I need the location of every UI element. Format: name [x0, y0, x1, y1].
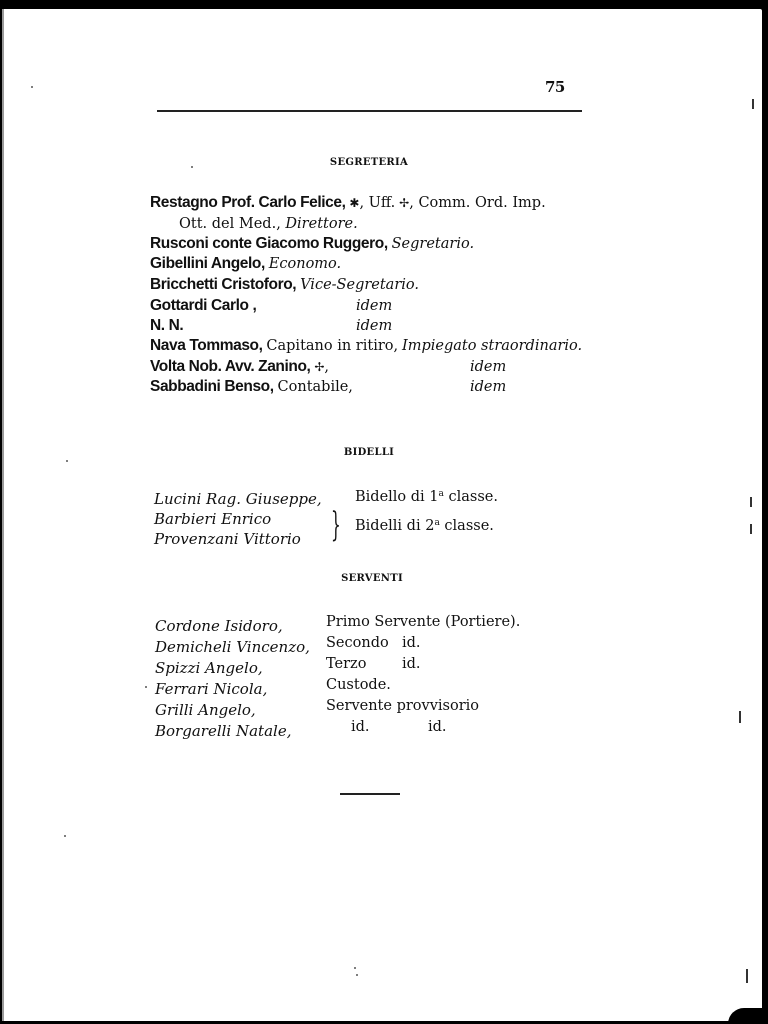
person-detail: ,: [324, 359, 329, 375]
honor-text: Ott. del Med.,: [179, 216, 285, 232]
order-cross-icon: ✢: [399, 196, 409, 210]
margin-mark: [752, 99, 754, 109]
person-name: N. N.: [150, 317, 183, 334]
list-item: Gibellini Angelo, Economo.: [150, 254, 341, 274]
role-title: Bidello di 1a classe.: [355, 487, 498, 507]
role-title: Vice-Segretario.: [300, 277, 419, 293]
role-title: Bidelli di 2a classe.: [355, 516, 494, 536]
list-item: Bricchetti Cristoforo, Vice-Segretario.: [150, 275, 419, 295]
margin-mark: [750, 497, 752, 507]
person-name: Demicheli Vincenzo,: [155, 637, 310, 657]
person-name: Cordone Isidoro,: [155, 616, 283, 636]
role-title: Impiegato straordinario.: [402, 338, 582, 354]
list-item: Nava Tommaso, Capitano in ritiro, Impieg…: [150, 336, 582, 356]
role-title: Primo Servente (Portiere).: [326, 612, 520, 632]
list-item-continuation: Ott. del Med., Direttore.: [179, 214, 358, 234]
person-name: Nava Tommaso,: [150, 337, 263, 354]
role-title: Custode.: [326, 675, 391, 695]
margin-mark: [739, 711, 741, 723]
grouping-brace: }: [331, 508, 341, 542]
person-name: Barbieri Enrico: [154, 509, 271, 529]
role-title: Direttore.: [285, 216, 357, 232]
list-item: Volta Nob. Avv. Zanino, ✢,: [150, 357, 329, 377]
margin-mark: [750, 524, 752, 534]
role-title: idem: [470, 377, 506, 397]
person-name: Ferrari Nicola,: [155, 679, 267, 699]
role-title: Secondo: [326, 633, 389, 653]
person-name: Gottardi Carlo ,: [150, 297, 256, 314]
header-rule: [157, 110, 582, 112]
person-name: Grilli Angelo,: [155, 700, 256, 720]
person-name: Sabbadini Benso,: [150, 378, 274, 395]
document-page: 75 SEGRETERIA Restagno Prof. Carlo Felic…: [2, 9, 762, 1021]
person-name: Provenzani Vittorio: [154, 529, 301, 549]
role-title: idem: [356, 296, 392, 316]
role-title: Servente provvisorio: [326, 696, 479, 716]
role-title: Economo.: [269, 256, 341, 272]
section-heading-bidelli: BIDELLI: [324, 447, 414, 458]
scan-right-border: [762, 0, 768, 1024]
role-title: idem: [356, 316, 392, 336]
role-title: Segretario.: [392, 236, 474, 252]
role-text: classe.: [444, 489, 498, 505]
role-abbrev: id.: [351, 717, 370, 737]
margin-mark: [746, 969, 748, 983]
page-number: 75: [545, 78, 565, 96]
role-text: Bidello di 1: [355, 489, 439, 505]
section-heading-serventi: SERVENTI: [322, 573, 422, 584]
list-item: N. N.: [150, 316, 183, 336]
person-name: Rusconi conte Giacomo Ruggero,: [150, 235, 388, 252]
role-text: classe.: [440, 518, 494, 534]
role-title: idem: [470, 357, 506, 377]
list-item: Sabbadini Benso, Contabile,: [150, 377, 353, 397]
closing-rule: [340, 793, 400, 795]
person-name: Lucini Rag. Giuseppe,: [154, 489, 322, 509]
list-item: Gottardi Carlo ,: [150, 296, 256, 316]
person-detail: Capitano in ritiro,: [266, 338, 398, 354]
list-item: Restagno Prof. Carlo Felice, ✱, Uff. ✢, …: [150, 193, 546, 213]
role-text: Bidelli di 2: [355, 518, 434, 534]
person-name: Spizzi Angelo,: [155, 658, 263, 678]
person-detail: Contabile,: [278, 379, 353, 395]
person-name: Volta Nob. Avv. Zanino,: [150, 358, 310, 375]
person-name: Borgarelli Natale,: [155, 721, 291, 741]
section-heading-segreteria: SEGRETERIA: [304, 157, 434, 168]
order-star-icon: ✱: [349, 196, 359, 210]
list-item: Rusconi conte Giacomo Ruggero, Segretari…: [150, 234, 474, 254]
role-title: Terzo: [326, 654, 366, 674]
role-abbrev: id.: [402, 633, 421, 653]
person-name: Restagno Prof. Carlo Felice,: [150, 194, 346, 211]
scan-corner: [728, 1008, 768, 1024]
honor-text: , Uff.: [359, 195, 395, 211]
person-name: Bricchetti Cristoforo,: [150, 276, 296, 293]
role-abbrev: id.: [402, 654, 421, 674]
role-abbrev: id.: [428, 717, 447, 737]
order-cross-icon: ✢: [314, 360, 324, 374]
honor-text: , Comm. Ord. Imp.: [409, 195, 545, 211]
person-name: Gibellini Angelo,: [150, 255, 265, 272]
